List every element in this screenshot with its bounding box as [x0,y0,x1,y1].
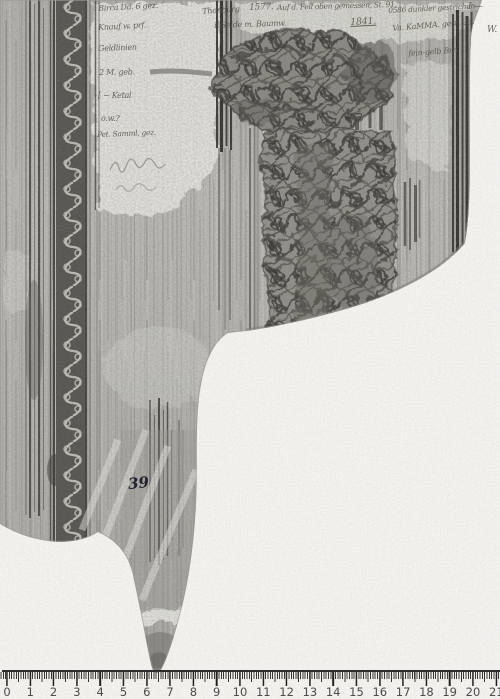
ruler-number: 6 [143,685,150,699]
ruler-number: 3 [73,685,80,699]
handwriting-note: [ ~ Ketal [98,91,131,100]
ruler-number: 19 [442,685,457,699]
ruler-number: 5 [120,685,127,699]
ruler-number: 7 [166,685,173,699]
ruler-number: 18 [419,685,434,699]
ink-number: 39 [127,473,150,493]
scanned-rubbing-sheet: Birca Da. 6 gez. Thonburg 1577. Auf d. F… [0,0,500,699]
ruler-number: 15 [349,685,364,699]
ruler-number: 13 [303,685,318,699]
ruler-number: 21 [489,685,500,699]
ruler-number: 9 [213,685,220,699]
ruler-number: 2 [50,685,57,699]
ruler-number: 0 [3,685,10,699]
ruler: 0123456789101112131415161718192021 [0,668,500,699]
ruler-number: 17 [396,685,411,699]
handwriting-note: o.w.? [101,114,119,123]
ruler-number: 10 [233,685,248,699]
handwriting-note: 2 M. geb. [99,67,135,77]
ruler-number: 1 [27,685,34,699]
handwriting-note: 1577. [249,2,274,13]
handwriting-note: 1841. [350,16,376,28]
ruler-number: 14 [326,685,341,699]
ruler-numbers: 0123456789101112131415161718192021 [0,685,500,699]
ruler-number: 20 [466,685,481,699]
handwriting-note: W. [487,25,497,35]
rubbing-artwork [0,0,500,699]
ruler-ticks-cm [0,672,500,686]
ruler-number: 8 [190,685,197,699]
ruler-number: 16 [372,685,387,699]
handwriting-note: I — [468,2,483,12]
ruler-number: 11 [256,685,271,699]
handwriting-note: Geldlinien [98,43,137,53]
ruler-number: 12 [279,685,294,699]
ruler-number: 4 [97,685,104,699]
